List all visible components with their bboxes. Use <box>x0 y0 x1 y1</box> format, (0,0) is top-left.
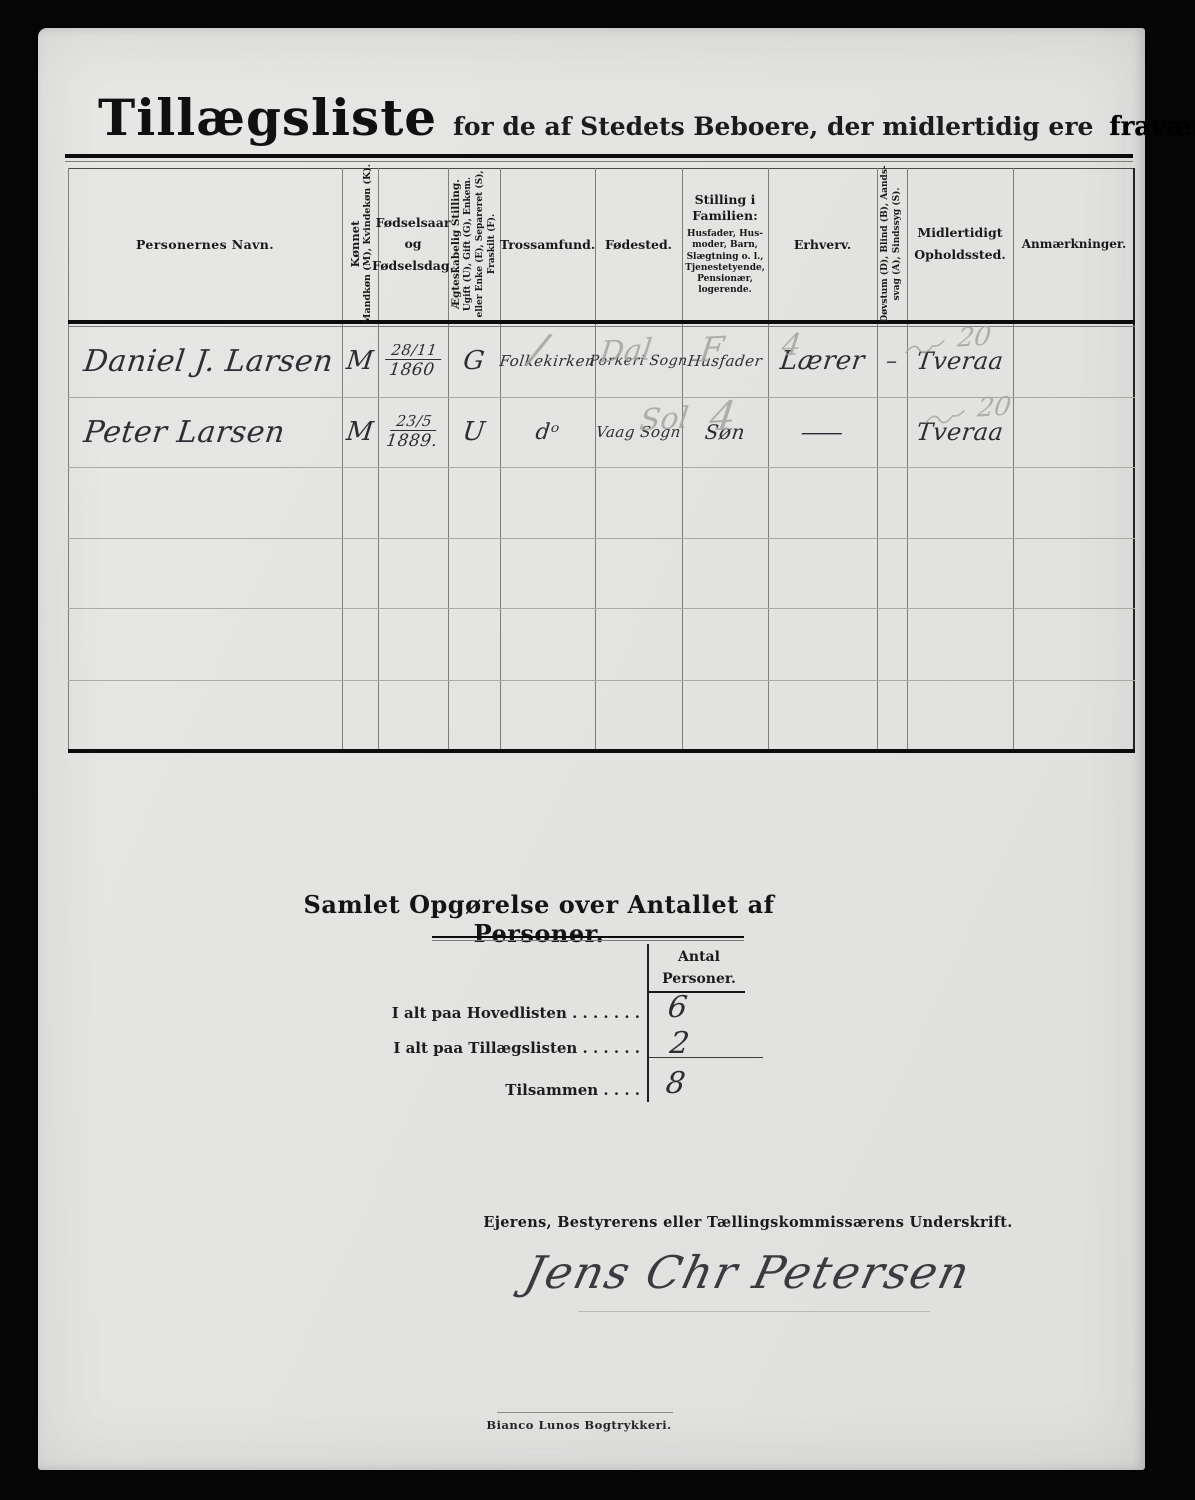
supplement-table: Personernes Navn. Kønnet Mandkøn (M), Kv… <box>68 168 1135 753</box>
summary-total-value: 8 <box>664 1066 688 1101</box>
summary-total-label: Tilsammen . . . . <box>338 1081 640 1099</box>
col-header-family-sub5: Pensionær, <box>697 274 753 285</box>
summary-tillaegslisten-value: 2 <box>668 1026 692 1061</box>
row2-birthdate-cell: 23/5 1889. <box>374 397 453 467</box>
summary-tillaegslisten-label: I alt paa Tillægslisten . . . . . . <box>338 1039 640 1057</box>
signature-caption: Ejerens, Bestyrerens eller Tællingskommi… <box>438 1214 1058 1231</box>
col-header-name: Personernes Navn. <box>68 168 342 320</box>
row1-birth-day: 28/11 <box>385 342 443 361</box>
col-header-family-l1: Stilling i <box>695 192 756 208</box>
row1-birth-year: 1860 <box>388 360 436 380</box>
col-header-religion-label: Trossamfund. <box>500 237 595 252</box>
col-header-marital: Ægteskabelig Stilling. Ugift (U), Gift (… <box>448 168 500 320</box>
col-header-family-sub2: moder, Barn, <box>692 240 758 251</box>
col-header-occupation: Erhverv. <box>768 168 877 320</box>
summary-count-header-rule <box>649 991 745 993</box>
col-header-family-sub4: Tjenestetyende, <box>685 263 765 274</box>
summary-count-header-l1: Antal <box>650 947 748 969</box>
row1-birthdate-cell: 28/11 1860 <box>374 325 453 397</box>
col-header-residence-l2: Opholdssted. <box>914 244 1005 267</box>
col-header-birth: Fødselsaar og Fødselsdag. <box>378 168 448 320</box>
row-line <box>68 608 1135 609</box>
pencil-number: 20 <box>976 392 1013 424</box>
col-header-birth-l3: Fødselsdag. <box>372 255 454 276</box>
row2-religion-cell: dᵒ <box>496 397 600 467</box>
census-form-page: Tillægsliste for de af Stedets Beboere, … <box>38 28 1145 1470</box>
row-line <box>68 467 1135 468</box>
pencil-annotation-group: 20 <box>902 334 991 368</box>
col-header-marital-l1: Ægteskabelig Stilling. <box>450 179 464 309</box>
col-header-name-label: Personernes Navn. <box>136 237 274 252</box>
col-header-family-l2: Familien: <box>692 208 757 224</box>
col-header-family-sub3: Slægtning o. l., <box>687 252 764 263</box>
footer-rule <box>497 1412 673 1413</box>
title-divider-thick <box>65 154 1133 158</box>
col-header-sex-main: Kønnet <box>348 221 362 268</box>
col-header-family-sub6: logerende. <box>698 285 752 296</box>
col-header-family-sub1: Husfader, Hus- <box>687 229 763 240</box>
col-header-sex-sub: Mandkøn (M), Kvindekøn (K). <box>362 164 373 324</box>
col-header-disability-l1: Døvstum (D), Blind (B), Aands- <box>880 165 892 322</box>
pencil-squiggle-icon <box>923 406 978 429</box>
col-header-remarks-label: Anmærkninger. <box>1022 237 1127 251</box>
summary-divider-thin <box>432 940 744 941</box>
pencil-annotation: F <box>697 329 726 370</box>
pencil-annotation-group: 20 <box>922 404 1011 438</box>
summary-hovedlisten-value: 6 <box>666 990 690 1025</box>
row-line <box>68 538 1135 539</box>
row2-birth-day: 23/5 <box>390 413 438 432</box>
col-header-marital-l2: Ugift (U), Gift (G), Enkem. <box>463 177 475 311</box>
form-subtitle-emphasis: fraværende. <box>1109 112 1195 142</box>
form-subtitle: for de af Stedets Beboere, der midlertid… <box>453 112 1093 141</box>
form-title: Tillægsliste <box>98 88 437 147</box>
summary-divider-thick <box>432 936 744 938</box>
col-header-remarks: Anmærkninger. <box>1013 168 1135 320</box>
col-header-religion: Trossamfund. <box>500 168 595 320</box>
col-header-residence: Midlertidigt Opholdssted. <box>907 168 1013 320</box>
col-header-residence-l1: Midlertidigt <box>917 222 1002 245</box>
col-header-birthplace: Fødested. <box>595 168 682 320</box>
summary-count-header: Antal Personer. <box>650 947 748 990</box>
summary-vertical-line <box>647 944 649 1102</box>
col-header-marital-l4: Fraskilt (F). <box>487 214 499 274</box>
pencil-annotation: Dal <box>598 333 654 371</box>
pencil-squiggle-icon <box>903 336 958 359</box>
row1-name-cell: Daniel J. Larsen <box>70 325 355 397</box>
pencil-annotation: Sol <box>638 401 691 438</box>
col-header-birth-l2: og <box>404 233 421 254</box>
row2-birth-year: 1889. <box>385 431 439 451</box>
signature-handwritten: Jens Chr Petersen <box>512 1246 984 1299</box>
row2-name-cell: Peter Larsen <box>70 397 355 467</box>
signature-underline <box>578 1311 930 1312</box>
col-header-occupation-label: Erhverv. <box>794 237 851 252</box>
row2-marital-cell: U <box>444 397 505 467</box>
col-header-sex: Kønnet Mandkøn (M), Kvindekøn (K). <box>342 168 378 320</box>
row1-marital-cell: G <box>444 325 505 397</box>
col-header-marital-l3: eller Enke (E), Separeret (S), <box>475 170 487 317</box>
col-header-birthplace-label: Fødested. <box>605 237 672 252</box>
col-header-disability-l2: svag (A), Sindssyg (S). <box>892 188 904 301</box>
form-title-line: Tillægsliste for de af Stedets Beboere, … <box>98 88 1195 147</box>
summary-total-rule <box>649 1057 763 1058</box>
col-header-birth-l1: Fødselsaar <box>376 212 451 233</box>
summary-count-header-l2: Personer. <box>650 969 748 991</box>
col-header-family: Stilling i Familien: Husfader, Hus- mode… <box>682 168 768 320</box>
table-bottom-border <box>68 749 1135 753</box>
summary-hovedlisten-label: I alt paa Hovedlisten . . . . . . . <box>338 1004 640 1022</box>
printer-imprint: Bianco Lunos Bogtrykkeri. <box>449 1418 709 1432</box>
pencil-number: 20 <box>956 322 993 354</box>
row-line <box>68 680 1135 681</box>
col-header-disability: Døvstum (D), Blind (B), Aands- svag (A),… <box>877 168 907 320</box>
title-divider-thin <box>65 161 1133 162</box>
